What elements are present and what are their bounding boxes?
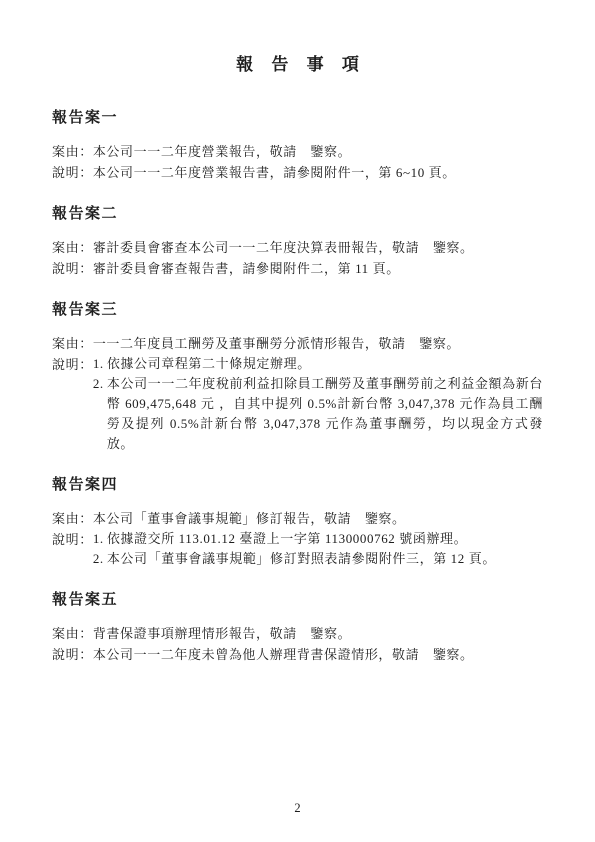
explanation-items: 1. 依據公司章程第二十條規定辦理。 2. 本公司一一二年度稅前利益扣除員工酬勞… — [93, 354, 543, 454]
subject-text: 一一二年度員工酬勞及董事酬勞分派情形報告，敬請 鑒察。 — [93, 333, 543, 354]
section-heading: 報告案四 — [52, 475, 543, 495]
report-case-3: 報告案三 案由： 一一二年度員工酬勞及董事酬勞分派情形報告，敬請 鑒察。 說明：… — [52, 300, 543, 454]
document-title: 報 告 事 項 — [52, 52, 543, 78]
subject-label: 案由： — [52, 623, 93, 644]
explanation-item: 2. 本公司一一二年度稅前利益扣除員工酬勞及董事酬勞前之利益金額為新台幣 609… — [93, 374, 543, 454]
explanation-item: 2. 本公司「董事會議事規範」修訂對照表請參閱附件三，第 12 頁。 — [93, 549, 543, 569]
document-body: 報 告 事 項 報告案一 案由： 本公司一一二年度營業報告，敬請 鑒察。 說明：… — [0, 0, 595, 665]
subject-text: 審計委員會審查本公司一一二年度決算表冊報告，敬請 鑒察。 — [93, 237, 543, 258]
subject-line: 案由： 審計委員會審查本公司一一二年度決算表冊報告，敬請 鑒察。 — [52, 237, 543, 258]
subject-line: 案由： 背書保證事項辦理情形報告，敬請 鑒察。 — [52, 623, 543, 644]
explanation-line: 說明： 1. 依據證交所 113.01.12 臺證上一字第 1130000762… — [52, 529, 543, 569]
item-number: 1. — [93, 529, 107, 549]
subject-label: 案由： — [52, 508, 93, 529]
report-case-5: 報告案五 案由： 背書保證事項辦理情形報告，敬請 鑒察。 說明： 本公司一一二年… — [52, 590, 543, 665]
document-page: 報 告 事 項 報告案一 案由： 本公司一一二年度營業報告，敬請 鑒察。 說明：… — [0, 0, 595, 842]
explanation-line: 說明： 審計委員會審查報告書，請參閱附件二，第 11 頁。 — [52, 258, 543, 279]
explanation-label: 說明： — [52, 258, 93, 279]
explanation-text: 審計委員會審查報告書，請參閱附件二，第 11 頁。 — [93, 258, 543, 279]
explanation-item: 1. 依據證交所 113.01.12 臺證上一字第 1130000762 號函辦… — [93, 529, 543, 549]
section-heading: 報告案三 — [52, 300, 543, 320]
item-number: 2. — [93, 549, 107, 569]
explanation-label: 說明： — [52, 529, 93, 569]
item-text: 依據證交所 113.01.12 臺證上一字第 1130000762 號函辦理。 — [107, 529, 543, 549]
section-heading: 報告案二 — [52, 204, 543, 224]
subject-label: 案由： — [52, 237, 93, 258]
report-case-4: 報告案四 案由： 本公司「董事會議事規範」修訂報告，敬請 鑒察。 說明： 1. … — [52, 475, 543, 569]
item-text: 本公司一一二年度稅前利益扣除員工酬勞及董事酬勞前之利益金額為新台幣 609,47… — [107, 374, 543, 454]
explanation-text: 本公司一一二年度營業報告書，請參閱附件一，第 6~10 頁。 — [93, 162, 543, 183]
item-text: 本公司「董事會議事規範」修訂對照表請參閱附件三，第 12 頁。 — [107, 549, 543, 569]
item-text: 依據公司章程第二十條規定辦理。 — [107, 354, 543, 374]
explanation-line: 說明： 本公司一一二年度營業報告書，請參閱附件一，第 6~10 頁。 — [52, 162, 543, 183]
subject-text: 本公司一一二年度營業報告，敬請 鑒察。 — [93, 141, 543, 162]
section-heading: 報告案五 — [52, 590, 543, 610]
subject-label: 案由： — [52, 333, 93, 354]
subject-line: 案由： 本公司一一二年度營業報告，敬請 鑒察。 — [52, 141, 543, 162]
explanation-item: 1. 依據公司章程第二十條規定辦理。 — [93, 354, 543, 374]
subject-label: 案由： — [52, 141, 93, 162]
subject-text: 背書保證事項辦理情形報告，敬請 鑒察。 — [93, 623, 543, 644]
subject-line: 案由： 一一二年度員工酬勞及董事酬勞分派情形報告，敬請 鑒察。 — [52, 333, 543, 354]
item-number: 2. — [93, 374, 107, 454]
subject-text: 本公司「董事會議事規範」修訂報告，敬請 鑒察。 — [93, 508, 543, 529]
explanation-line: 說明： 本公司一一二年度未曾為他人辦理背書保證情形，敬請 鑒察。 — [52, 644, 543, 665]
explanation-label: 說明： — [52, 162, 93, 183]
explanation-text: 本公司一一二年度未曾為他人辦理背書保證情形，敬請 鑒察。 — [93, 644, 543, 665]
explanation-label: 說明： — [52, 644, 93, 665]
page-number: 2 — [0, 801, 595, 816]
section-heading: 報告案一 — [52, 108, 543, 128]
item-number: 1. — [93, 354, 107, 374]
report-case-2: 報告案二 案由： 審計委員會審查本公司一一二年度決算表冊報告，敬請 鑒察。 說明… — [52, 204, 543, 279]
explanation-line: 說明： 1. 依據公司章程第二十條規定辦理。 2. 本公司一一二年度稅前利益扣除… — [52, 354, 543, 454]
explanation-items: 1. 依據證交所 113.01.12 臺證上一字第 1130000762 號函辦… — [93, 529, 543, 569]
explanation-label: 說明： — [52, 354, 93, 454]
subject-line: 案由： 本公司「董事會議事規範」修訂報告，敬請 鑒察。 — [52, 508, 543, 529]
report-case-1: 報告案一 案由： 本公司一一二年度營業報告，敬請 鑒察。 說明： 本公司一一二年… — [52, 108, 543, 183]
